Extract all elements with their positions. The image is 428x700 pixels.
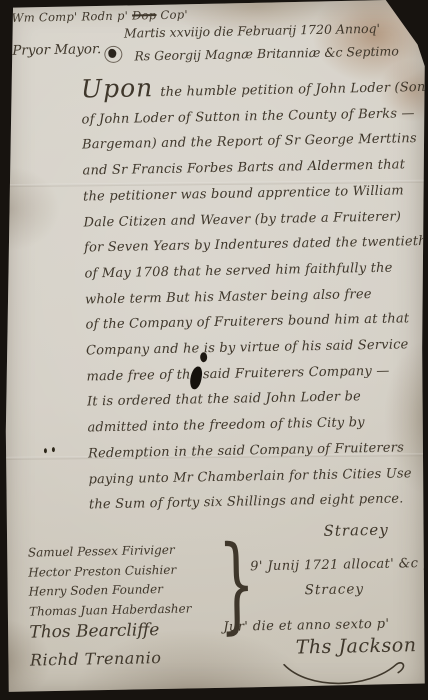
witness-line: Thomas Juan Haberdasher: [29, 599, 192, 622]
witness-list: Samuel Pessex Firiviger Hector Preston C…: [28, 540, 193, 669]
witness-line: Samuel Pessex Firiviger: [28, 540, 191, 563]
allocatur-date-note: 9' Junij 1721 allocat' &c p': [250, 556, 428, 575]
latin-heading: Martis xxviijo die Februarij 1720 Annoq'…: [124, 16, 421, 68]
ink-blot-small: [200, 352, 207, 362]
manuscript-paper: Wm Comp' Rodn p' Dop Cop' Pryor Mayor. M…: [2, 0, 426, 696]
witness-line: Richd Trenanio: [30, 647, 193, 670]
body-line-text: the humble petition of John Loder (Son: [160, 80, 425, 100]
ink-speck: [52, 447, 55, 452]
embossed-stamp-icon: [104, 46, 122, 63]
latin-heading-line2: Rs Georgij Magnæ Britanniæ &c Septimo: [134, 39, 420, 67]
ink-speck: [44, 448, 47, 453]
manuscript-photo: Wm Comp' Rodn p' Dop Cop' Pryor Mayor. M…: [0, 0, 428, 700]
body-opening-word: Upon: [81, 73, 154, 103]
witness-line: Thos Bearcliffe: [29, 620, 192, 643]
clerk-annotation-prefix: Wm Comp' Rodn p': [11, 9, 128, 25]
mayor-annotation: Pryor Mayor.: [12, 41, 101, 59]
body-line: the Sum of forty six Shillings and eight…: [89, 486, 428, 518]
manuscript-content: Wm Comp' Rodn p' Dop Cop' Pryor Mayor. M…: [0, 0, 428, 700]
signature-flourish-icon: [278, 654, 419, 691]
stracey-signature-upper: Stracey: [323, 521, 389, 540]
jurat-line: Jur' die et anno sexto p': [223, 617, 389, 635]
petition-body: Uponthe humble petition of John Loder (S…: [81, 70, 428, 518]
stamp-ink-mark: [108, 49, 116, 58]
stracey-signature-lower: Stracey: [305, 581, 365, 598]
witness-line: Hector Preston Cuishier: [28, 560, 191, 583]
